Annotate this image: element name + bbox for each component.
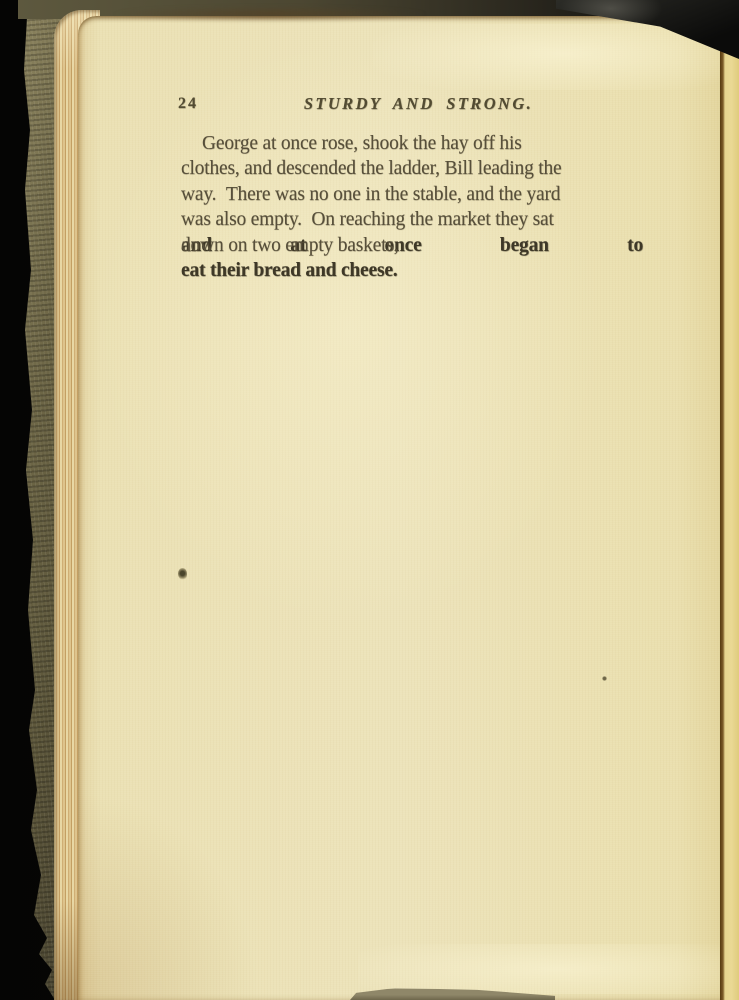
paragraph-line: down on two empty baskets, and at once b… (181, 233, 643, 258)
paragraph-line: clothes, and descended the ladder, Bill … (181, 156, 643, 181)
scan-light-band-bottom (358, 944, 722, 994)
running-header: STURDY AND STRONG. (182, 94, 655, 116)
facing-page-edge (720, 0, 739, 1000)
paragraph-line: was also empty. On reaching the market t… (181, 207, 643, 232)
paragraph-line: George at once rose, shook the hay off h… (181, 131, 643, 156)
scan-light-band-top (372, 24, 722, 90)
paragraph-line: way. There was no one in the stable, and… (181, 182, 643, 207)
book-photo: 24 STURDY AND STRONG. George at once ros… (0, 0, 739, 1000)
paragraph-line: eat their bread and cheese. (181, 258, 643, 283)
paper-speck (178, 568, 187, 580)
top-edge-shadow (90, 4, 490, 24)
paper-dot (602, 676, 607, 681)
paragraph: George at once rose, shook the hay off h… (181, 131, 643, 291)
